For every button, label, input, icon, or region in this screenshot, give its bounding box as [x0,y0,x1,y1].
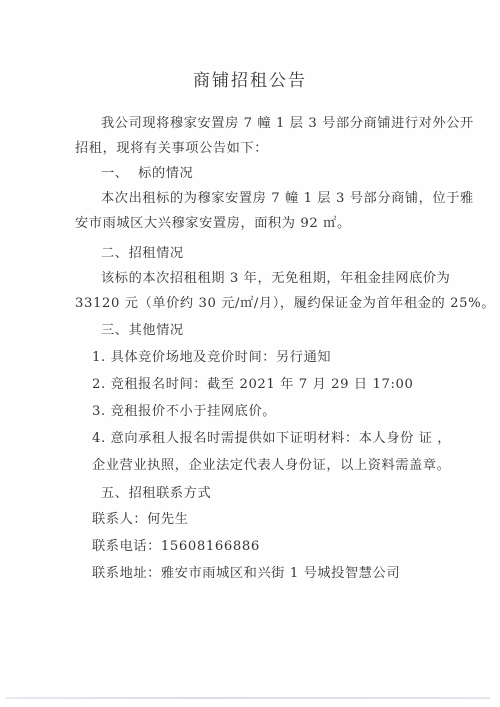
section-1-line-2: 安市雨城区大兴穆家安置房，面积为 92 ㎡。 [75,216,351,232]
page-bottom-edge [6,697,490,699]
section-3-item-4-continuation: 企业营业执照，企业法定代表人身份证，以上资料需盖章。 [92,458,450,474]
contact-address: 联系地址：雅安市雨城区和兴街 1 号城投智慧公司 [92,566,400,582]
section-1-heading: 一、 标的情况 [101,166,193,182]
section-3-item-2: 2. 竞租报名时间：截至 2021 年 7 月 29 日 17:00 [92,377,414,393]
intro-line-1: 我公司现将穆家安置房 7 幢 1 层 3 号部分商铺进行对外公开 [101,116,474,132]
contact-phone: 联系电话：15608166886 [92,539,260,555]
section-1-line-1: 本次出租标的为穆家安置房 7 幢 1 层 3 号部分商铺，位于雅 [101,191,474,207]
contact-person: 联系人：何先生 [92,512,189,528]
section-2-heading: 二、招租情况 [101,246,184,262]
section-2-line-1: 该标的本次招租租期 3 年，无免租期，年租金挂网底价为 [101,271,450,287]
section-3-item-3: 3. 竞租报价不小于挂网底价。 [92,404,276,420]
section-3-item-1: 1. 具体竞价场地及竞价时间：另行通知 [92,350,331,366]
section-3-heading: 三、其他情况 [101,323,184,339]
section-2-line-2: 33120 元（单价约 30 元/㎡/月），履约保证金为首年租金的 25%。 [75,296,495,312]
section-3-item-4: 4. 意向承租人报名时需提供如下证明材料：本人身份 证 ， [92,431,451,447]
section-5-heading: 五、招租联系方式 [101,486,211,502]
document-title: 商铺招租公告 [0,66,500,91]
intro-line-2: 招租，现将有关事项公告如下： [75,141,268,157]
